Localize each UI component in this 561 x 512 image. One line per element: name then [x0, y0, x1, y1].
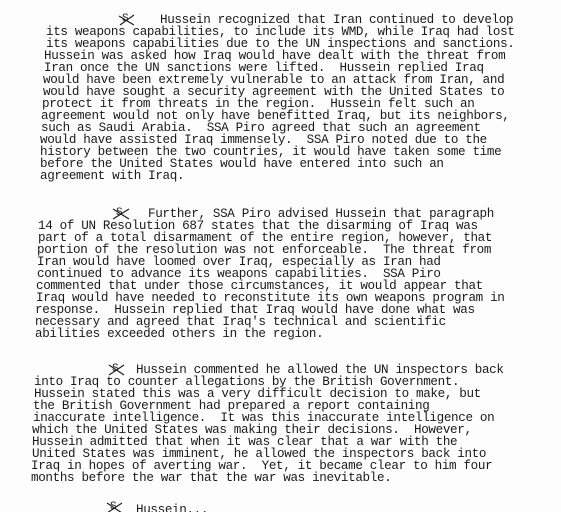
- text-line: abilities exceeded others in the region.: [35, 328, 323, 341]
- text-line: agreement with Iraq.: [40, 170, 184, 183]
- text-line: Hussein...: [136, 504, 208, 512]
- text-line: months before the war that the war was i…: [31, 472, 391, 485]
- scanned-document-page: S Hussein recognized that Iran continued…: [0, 0, 561, 512]
- classification-marking-strikethrough: S: [106, 502, 124, 512]
